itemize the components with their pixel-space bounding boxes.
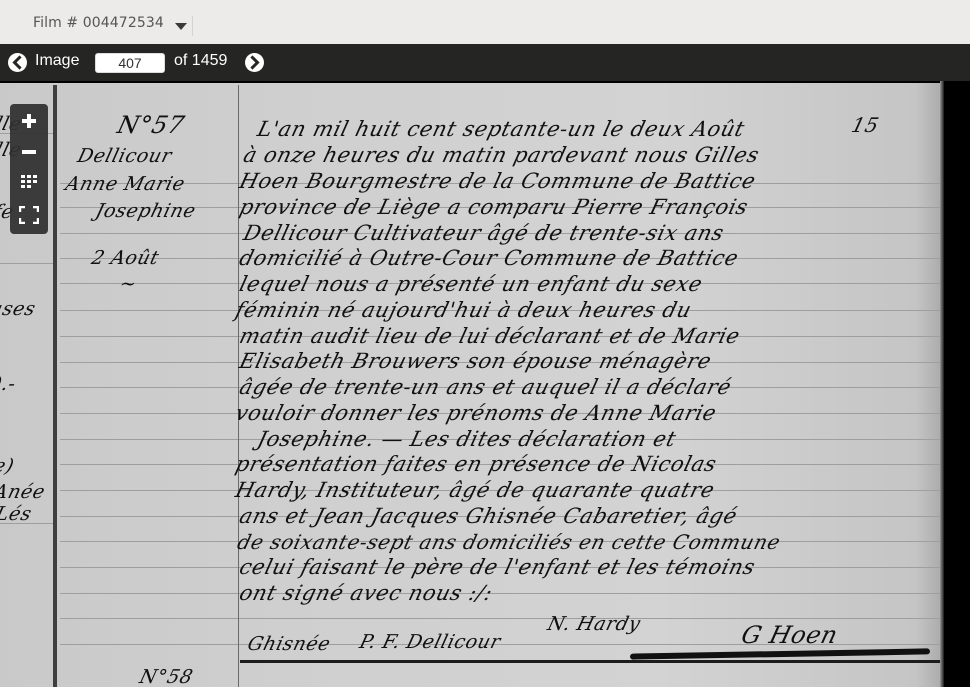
- record-line: domicilié à Outre-Cour Commune de Battic…: [237, 246, 741, 270]
- record-line: vouloir donner les prénoms de Anne Marie: [233, 401, 719, 425]
- chevron-right-circle-icon[interactable]: [245, 53, 264, 72]
- left-page-fragment: Anée: [0, 481, 48, 503]
- record-line: Hoen Bourgmestre de la Commune de Battic…: [237, 169, 758, 193]
- record-line: Hardy, Instituteur, âgé de quarante quat…: [233, 478, 717, 502]
- left-page-fragment: uses: [0, 298, 38, 320]
- record-line: Elisabeth Brouwers son épouse ménagère: [237, 349, 714, 373]
- minus-icon: [21, 144, 37, 160]
- record-line: de soixante-sept ans domiciliés en cette…: [235, 530, 783, 554]
- total-images-label: of 1459: [174, 52, 227, 70]
- zoom-in-button[interactable]: [10, 106, 48, 136]
- signature-ghisnee: Ghisnée: [245, 633, 333, 655]
- entry-given-names: Anne Marie: [63, 173, 187, 195]
- record-line: âgée de trente-un ans et auquel il a déc…: [237, 375, 734, 399]
- film-bar: Film # 004472534: [0, 0, 970, 44]
- record-line: féminin né aujourd'hui à deux heures du: [233, 298, 694, 322]
- record-line: Josephine. — Les dites déclaration et: [255, 427, 679, 451]
- record-line: Dellicour Cultivateur âgé de trente-six …: [241, 221, 727, 245]
- signature-hoen: G Hoen: [739, 621, 841, 649]
- zoom-out-button[interactable]: [10, 137, 48, 167]
- left-page-fragment: Lés: [0, 503, 34, 525]
- binding-gutter: [53, 85, 57, 687]
- record-line: présentation faites en présence de Nicol…: [233, 452, 719, 476]
- entry-number: N°57: [115, 111, 188, 139]
- fullscreen-icon: [19, 206, 39, 224]
- grid-icon: [20, 174, 38, 190]
- chevron-left-circle-icon[interactable]: [8, 53, 27, 72]
- left-page-fragment: ).-: [0, 373, 18, 395]
- record-line: lequel nous a présenté un enfant du sexe: [237, 272, 705, 296]
- signature-dellicour: P. F. Dellicour: [357, 631, 503, 653]
- left-page-fragment: e): [0, 455, 17, 477]
- image-number-input[interactable]: [95, 53, 165, 73]
- entry-date: 2 Août: [89, 247, 161, 269]
- fullscreen-button[interactable]: [10, 200, 48, 230]
- register-page-scan: lle lle fe uses ).- e) Anée Lés N°57 Del…: [0, 83, 944, 687]
- record-line: à onze heures du matin pardevant nous Gi…: [241, 143, 762, 167]
- entry-surname: Dellicour: [75, 145, 174, 167]
- record-line: ont signé avec nous :/:: [237, 581, 495, 605]
- image-viewer[interactable]: lle lle fe uses ).- e) Anée Lés N°57 Del…: [0, 81, 970, 687]
- record-line: ans et Jean Jacques Ghisnée Cabaretier, …: [237, 504, 740, 528]
- caret-down-icon[interactable]: [175, 23, 187, 30]
- entry-flourish: ~: [117, 273, 139, 295]
- entry-given-names-2: Josephine: [93, 200, 198, 222]
- margin-annotation: 15: [849, 113, 882, 137]
- entry-separator-rule: [240, 660, 940, 663]
- signature-hardy: N. Hardy: [545, 613, 643, 635]
- record-line: celui faisant le père de l'enfant et les…: [237, 555, 758, 579]
- zoom-controls: [10, 104, 48, 234]
- record-line: matin audit lieu de lui déclarant et de …: [237, 324, 743, 348]
- page-edge-shadow: [940, 81, 944, 687]
- record-line: province de Liège a comparu Pierre Franç…: [237, 195, 751, 219]
- signature-flourish: [630, 648, 930, 659]
- film-number-dropdown[interactable]: Film # 004472534: [33, 15, 164, 31]
- record-line: L'an mil huit cent septante-un le deux A…: [255, 117, 747, 141]
- gallery-view-button[interactable]: [10, 167, 48, 197]
- plus-icon: [21, 113, 37, 129]
- next-entry-number: N°58: [137, 666, 195, 687]
- image-label: Image: [35, 52, 79, 70]
- film-bar-divider: [192, 16, 193, 36]
